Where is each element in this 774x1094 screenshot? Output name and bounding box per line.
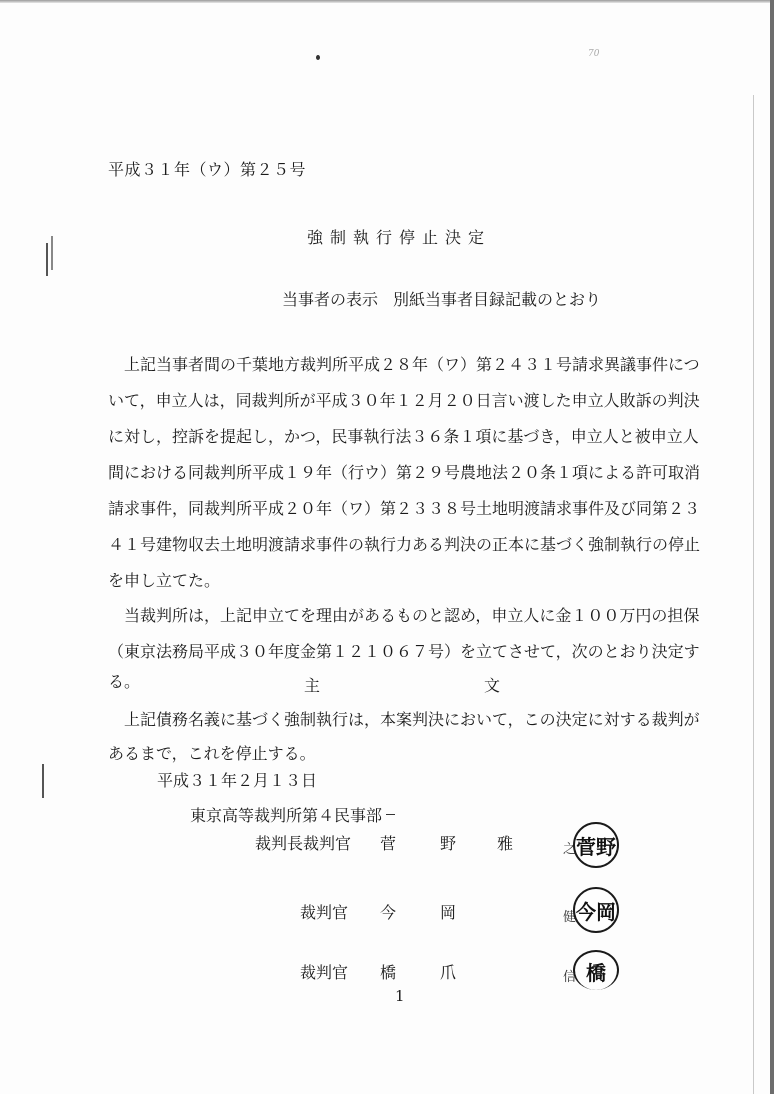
main-text-line: 上記債務名義に基づく強制執行は，本案判決において，この決定に対する裁判が — [108, 710, 690, 730]
judge-name-char: 菅 — [380, 834, 396, 854]
judge-seal-stamp: 菅野 — [573, 822, 619, 868]
paragraph-line: 当裁判所は，上記申立てを理由があるものと認め，申立人に金１００万円の担保 — [108, 606, 690, 626]
judge-role: 裁判長裁判官 — [255, 834, 351, 854]
page-number: 1 — [395, 986, 405, 1006]
judge-role: 裁判官 — [300, 963, 348, 983]
paragraph-line: 間における同裁判所平成１９年（行ウ）第２９号農地法２０条１項による許可取消 — [108, 463, 690, 483]
judge-name-char: 爪 — [440, 963, 456, 983]
main-text-heading: 主 — [304, 676, 320, 696]
judge-name-char: 今 — [380, 903, 396, 923]
judge-name-char: 岡 — [440, 903, 456, 923]
parties-value: 別紙当事者目録記載のとおり — [393, 290, 601, 310]
stray-mark — [386, 814, 395, 815]
scan-speck — [316, 55, 320, 60]
faint-annotation: 70 — [588, 44, 599, 64]
paragraph-line: を申し立てた。 — [108, 571, 690, 591]
paragraph-line: いて，申立人は，同裁判所が平成３０年１２月２０日言い渡した申立人敗訴の判決 — [108, 391, 690, 411]
margin-mark — [51, 236, 53, 270]
scan-artifact-line — [753, 95, 754, 1094]
paragraph-line: に対し，控訴を提起し，かつ，民事執行法３６条１項に基づき，申立人と被申立人 — [108, 427, 690, 447]
decision-date: 平成３１年２月１３日 — [157, 771, 317, 791]
margin-mark — [42, 764, 44, 798]
court-name: 東京高等裁判所第４民事部 — [190, 806, 382, 826]
judge-name-char: 野 — [440, 834, 456, 854]
paragraph-line: （東京法務局平成３０年度金第１２１０６７号）を立てさせて，次のとおり決定す — [108, 642, 690, 662]
parties-label: 当事者の表示 — [282, 290, 378, 310]
judge-name-char: 雅 — [497, 834, 513, 854]
main-text-heading: 文 — [484, 676, 500, 696]
main-text-line: あるまで，これを停止する。 — [108, 744, 690, 764]
paragraph-line: る。 — [108, 672, 138, 692]
judge-name-char: 橋 — [380, 963, 396, 983]
scan-right-edge — [770, 0, 774, 1094]
paragraph-line: 上記当事者間の千葉地方裁判所平成２８年（ワ）第２４３１号請求異議事件につ — [108, 355, 690, 375]
judge-seal-stamp: 橋 — [573, 950, 619, 990]
document-page: 70 平成３１年（ウ）第２５号 強制執行停止決定 当事者の表示 別紙当事者目録記… — [0, 0, 774, 1094]
margin-mark — [46, 243, 48, 276]
paragraph-line: 請求事件，同裁判所平成２０年（ワ）第２３３８号土地明渡請求事件及び同第２３ — [108, 499, 690, 519]
judge-role: 裁判官 — [300, 903, 348, 923]
case-number: 平成３１年（ウ）第２５号 — [108, 160, 306, 180]
document-title: 強制執行停止決定 — [307, 228, 491, 248]
paragraph-line: ４１号建物収去土地明渡請求事件の執行力ある判決の正本に基づく強制執行の停止 — [108, 535, 690, 555]
scan-top-edge — [0, 0, 774, 3]
judge-seal-stamp: 今岡 — [573, 887, 619, 933]
